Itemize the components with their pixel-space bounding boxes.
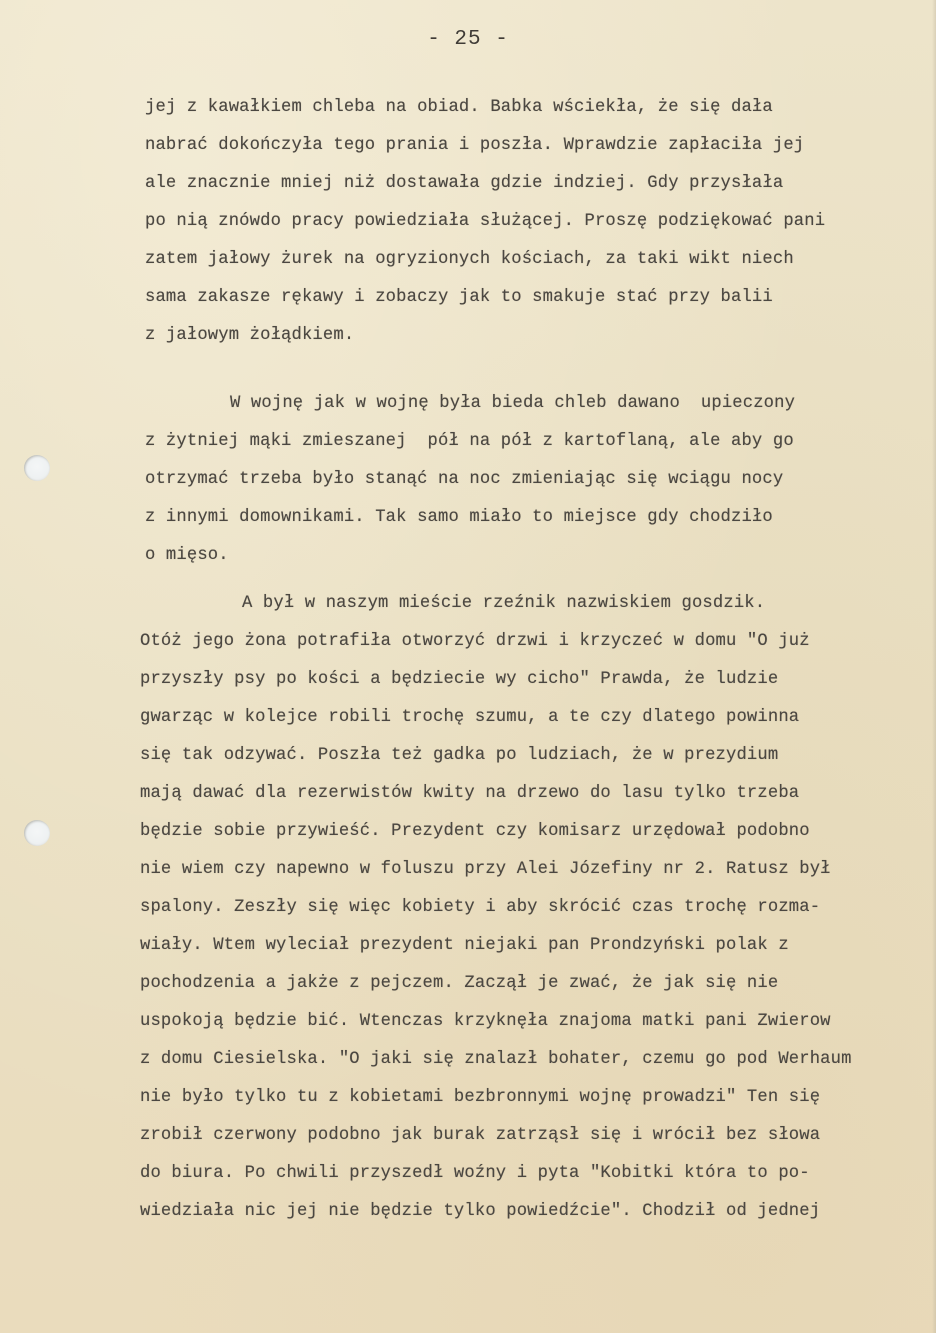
- text-line: jej z kawałkiem chleba na obiad. Babka w…: [145, 98, 773, 117]
- typewritten-page: - 25 - jej z kawałkiem chleba na obiad. …: [0, 0, 936, 1333]
- paper-edge-shadow: [932, 0, 936, 1333]
- text-line: zatem jałowy żurek na ogryzionych kościa…: [145, 250, 794, 269]
- text-line: z domu Ciesielska. "O jaki się znalazł b…: [140, 1050, 852, 1069]
- text-line: Otóż jego żona potrafiła otworzyć drzwi …: [140, 632, 810, 651]
- text-line: po nią znówdo pracy powiedziała służącej…: [145, 212, 825, 231]
- text-line: o mięso.: [145, 546, 229, 565]
- text-line: do biura. Po chwili przyszedł woźny i py…: [140, 1164, 810, 1183]
- text-line: ale znacznie mniej niż dostawała gdzie i…: [145, 174, 783, 193]
- text-line: A był w naszym mieście rzeźnik nazwiskie…: [242, 594, 765, 613]
- text-line: sama zakasze rękawy i zobaczy jak to sma…: [145, 288, 773, 307]
- page-number: - 25 -: [0, 28, 936, 51]
- text-line: W wojnę jak w wojnę była bieda chleb daw…: [230, 394, 795, 413]
- text-line: pochodzenia a jakże z pejczem. Zaczął je…: [140, 974, 778, 993]
- text-line: nie wiem czy napewno w foluszu przy Alei…: [140, 860, 831, 879]
- text-line: z innymi domownikami. Tak samo miało to …: [145, 508, 773, 527]
- text-line: się tak odzywać. Poszła też gadka po lud…: [140, 746, 778, 765]
- text-line: przyszły psy po kości a będziecie wy cic…: [140, 670, 778, 689]
- text-line: otrzymać trzeba było stanąć na noc zmien…: [145, 470, 783, 489]
- text-line: nie było tylko tu z kobietami bezbronnym…: [140, 1088, 820, 1107]
- text-line: mają dawać dla rezerwistów kwity na drze…: [140, 784, 799, 803]
- text-line: zrobił czerwony podobno jak burak zatrzą…: [140, 1126, 820, 1145]
- text-line: z żytniej mąki zmieszanej pół na pół z k…: [145, 432, 794, 451]
- punch-hole-icon: [24, 820, 50, 846]
- text-line: z jałowym żołądkiem.: [145, 326, 354, 345]
- text-line: uspokoją będzie bić. Wtenczas krzyknęła …: [140, 1012, 831, 1031]
- text-line: wiały. Wtem wyleciał prezydent niejaki p…: [140, 936, 789, 955]
- text-line: nabrać dokończyła tego prania i poszła. …: [145, 136, 804, 155]
- text-line: spalony. Zeszły się więc kobiety i aby s…: [140, 898, 820, 917]
- text-line: gwarząc w kolejce robili trochę szumu, a…: [140, 708, 799, 727]
- punch-hole-icon: [24, 455, 50, 481]
- text-line: wiedziała nic jej nie będzie tylko powie…: [140, 1202, 820, 1221]
- text-line: będzie sobie przywieść. Prezydent czy ko…: [140, 822, 810, 841]
